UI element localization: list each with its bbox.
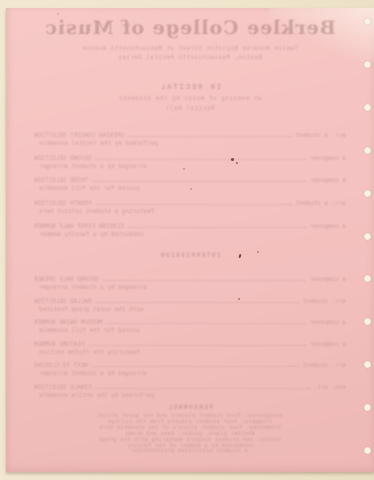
- ink-speck: [238, 298, 240, 300]
- program-entry-line: arr. a student FOURTH SELECTION: [34, 200, 346, 207]
- piece-subtitle: arranged by a student arranger: [34, 370, 346, 377]
- address-line-2: Boston, Massachusetts Recital Series: [6, 54, 374, 61]
- piece-subtitle: conducted by a faculty member: [34, 231, 346, 238]
- personnel-block: PERSONNEL Saxophones: five student playe…: [6, 404, 374, 454]
- dotted-leader: [96, 302, 299, 303]
- program-entry: ens. arr. FINALE SELECTION performed by …: [34, 384, 346, 406]
- mirrored-bleed-through-layer: Berklee College of Music Twelve Hundred …: [6, 8, 374, 472]
- program-entry: arr. student NEXT TO CLOSING arranged by…: [34, 362, 346, 384]
- piece-title: CLOSING FIRST HALF NUMBER: [34, 223, 124, 230]
- dotted-leader: [96, 159, 306, 160]
- personnel-lines: Saxophones: five student players and one…: [6, 413, 374, 454]
- piece-title: OPENING CONCERT SELECTION: [34, 132, 124, 139]
- dotted-leader: [96, 204, 292, 205]
- ink-speck: [231, 158, 234, 161]
- college-name-bleed: Berklee College of Music: [6, 18, 374, 39]
- piece-title: SECOND SELECTION: [34, 155, 92, 162]
- dotted-leader: [92, 366, 299, 367]
- punch-hole: [364, 447, 371, 454]
- recital-subtitle: an evening of music by the students: [6, 95, 374, 102]
- dotted-leader: [103, 280, 306, 281]
- piece-subtitle: performed by the entire ensemble: [34, 392, 346, 399]
- piece-subtitle: arranged by a student arranger: [34, 284, 346, 291]
- program-entry: a composer MEDIUM SWING NUMBER scored fo…: [34, 319, 346, 341]
- composer-name: a composer: [310, 155, 346, 162]
- piece-title: SECOND HALF OPENER: [34, 276, 99, 283]
- dust-speck: [57, 13, 59, 15]
- dotted-leader: [88, 345, 306, 346]
- piece-title: BALLAD SELECTION: [34, 298, 92, 305]
- composer-name: a composer: [310, 177, 346, 184]
- piece-subtitle: scored for the full ensemble: [34, 327, 346, 334]
- program-entry: a composer FEATURE NUMBER featuring the …: [34, 341, 346, 363]
- ink-speck: [257, 251, 259, 253]
- program-entry-line: a composer THIRD SELECTION: [34, 177, 346, 184]
- program-entry-line: a composer SECOND SELECTION: [34, 155, 346, 162]
- program-entry: arr. student BALLAD SELECTION with the v…: [34, 298, 346, 320]
- punch-hole: [364, 190, 371, 197]
- program-entry-line: arr. a student OPENING CONCERT SELECTION: [34, 132, 346, 139]
- composer-name: ens. arr.: [314, 384, 346, 391]
- piece-title: FOURTH SELECTION: [34, 200, 92, 207]
- composer-name: arr. student: [303, 362, 346, 369]
- piece-subtitle: featuring the rhythm section: [34, 349, 346, 356]
- piece-title: THIRD SELECTION: [34, 177, 88, 184]
- program-entry: arr. a student OPENING CONCERT SELECTION…: [34, 132, 346, 155]
- piece-subtitle: featuring a student soloist here: [34, 208, 346, 215]
- piece-title: FINALE SELECTION: [34, 384, 92, 391]
- program-entry-line: a composer CLOSING FIRST HALF NUMBER: [34, 223, 346, 230]
- piece-title: FEATURE NUMBER: [34, 341, 84, 348]
- dotted-leader: [106, 323, 306, 324]
- program-entry: a composer SECOND SELECTION arranged by …: [34, 155, 346, 178]
- ink-speck: [236, 162, 238, 164]
- piece-subtitle: arranged by a student arranger: [34, 163, 346, 170]
- program-entry-line: ens. arr. FINALE SELECTION: [34, 384, 346, 391]
- composer-name: a composer: [310, 319, 346, 326]
- program-entry-line: a composer SECOND HALF OPENER: [34, 276, 346, 283]
- composer-name: a composer: [310, 341, 346, 348]
- punch-hole: [364, 61, 371, 68]
- composer-name: arr. student: [303, 298, 346, 305]
- pink-program-page: Berklee College of Music Twelve Hundred …: [6, 8, 374, 472]
- piece-title: NEXT TO CLOSING: [34, 362, 88, 369]
- program-entry-line: a composer FEATURE NUMBER: [34, 341, 346, 348]
- intermission-heading: INTERMISSION: [6, 252, 374, 259]
- personnel-heading: PERSONNEL: [6, 404, 374, 411]
- program-entry-line: arr. student BALLAD SELECTION: [34, 298, 346, 305]
- program-entry-line: a composer MEDIUM SWING NUMBER: [34, 319, 346, 326]
- composer-name: a composer: [310, 223, 346, 230]
- punch-hole: [364, 18, 371, 25]
- composer-name: arr. a student: [296, 200, 346, 207]
- ink-speck: [190, 188, 192, 190]
- recital-title: IN RECITAL: [6, 84, 374, 92]
- personnel-line: A student activities presentation: [6, 448, 374, 454]
- piece-subtitle: performed by the recital ensemble: [34, 140, 346, 147]
- program-entry: a composer SECOND HALF OPENER arranged b…: [34, 276, 346, 298]
- punch-hole: [364, 147, 371, 154]
- scanned-document: { "description": "Scanned blank back sid…: [0, 0, 374, 480]
- program-entry-line: arr. student NEXT TO CLOSING: [34, 362, 346, 369]
- dotted-leader: [128, 227, 306, 228]
- program-section-2: a composer SECOND HALF OPENER arranged b…: [34, 276, 346, 405]
- composer-name: arr. a student: [296, 132, 346, 139]
- dotted-leader: [92, 181, 306, 182]
- dotted-leader: [128, 136, 292, 137]
- recital-venue: Recital Hall: [6, 105, 374, 112]
- address-line-1: Twelve Hundred Boylston Street at Massac…: [6, 45, 374, 52]
- dotted-leader: [96, 388, 310, 389]
- piece-title: MEDIUM SWING NUMBER: [34, 319, 102, 326]
- composer-name: a composer: [310, 276, 346, 283]
- punch-hole: [364, 104, 371, 111]
- program-entry: arr. a student FOURTH SELECTION featurin…: [34, 200, 346, 223]
- piece-subtitle: with the vocal group featured: [34, 306, 346, 313]
- punch-hole: [364, 233, 371, 240]
- ink-speck: [183, 168, 185, 170]
- program-entry: a composer CLOSING FIRST HALF NUMBER con…: [34, 223, 346, 246]
